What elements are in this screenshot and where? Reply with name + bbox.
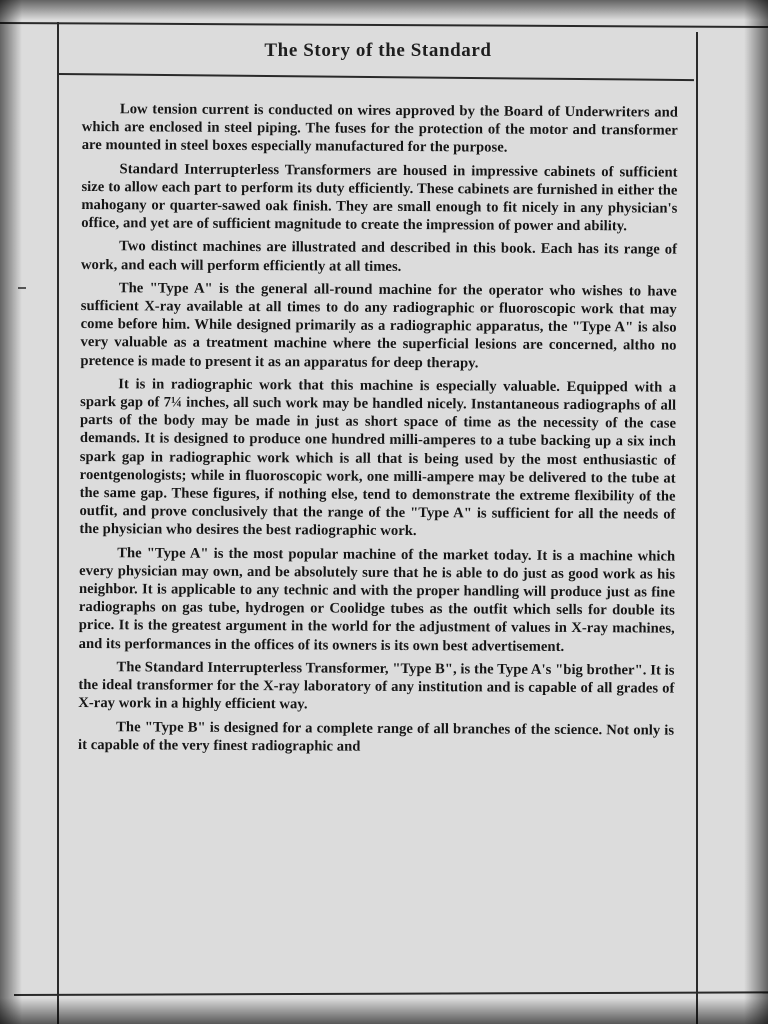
title-underline-rule [58,73,694,81]
bottom-border-rule [14,991,768,996]
paragraph: The Standard Interrupterless Transformer… [78,658,674,716]
paragraph: It is in radiographic work that this mac… [79,375,676,542]
right-border-rule [696,32,698,1024]
paragraph: Two distinct machines are illustrated an… [81,237,677,277]
page-title: The Story of the Standard [60,40,696,62]
paragraph: The "Type A" is the most popular machine… [79,544,676,657]
paragraph: Low tension current is conducted on wire… [82,100,678,158]
margin-speck [18,287,26,289]
paragraph: Standard Interrupterless Transformers ar… [81,160,677,236]
paragraph: The "Type A" is the general all-round ma… [80,279,677,374]
left-border-rule [57,22,59,1024]
body-text: Low tension current is conducted on wire… [78,100,678,763]
scanned-page: The Story of the Standard Low tension cu… [0,0,768,1024]
paragraph: The "Type B" is designed for a complete … [78,717,674,757]
top-border-rule [0,22,768,28]
